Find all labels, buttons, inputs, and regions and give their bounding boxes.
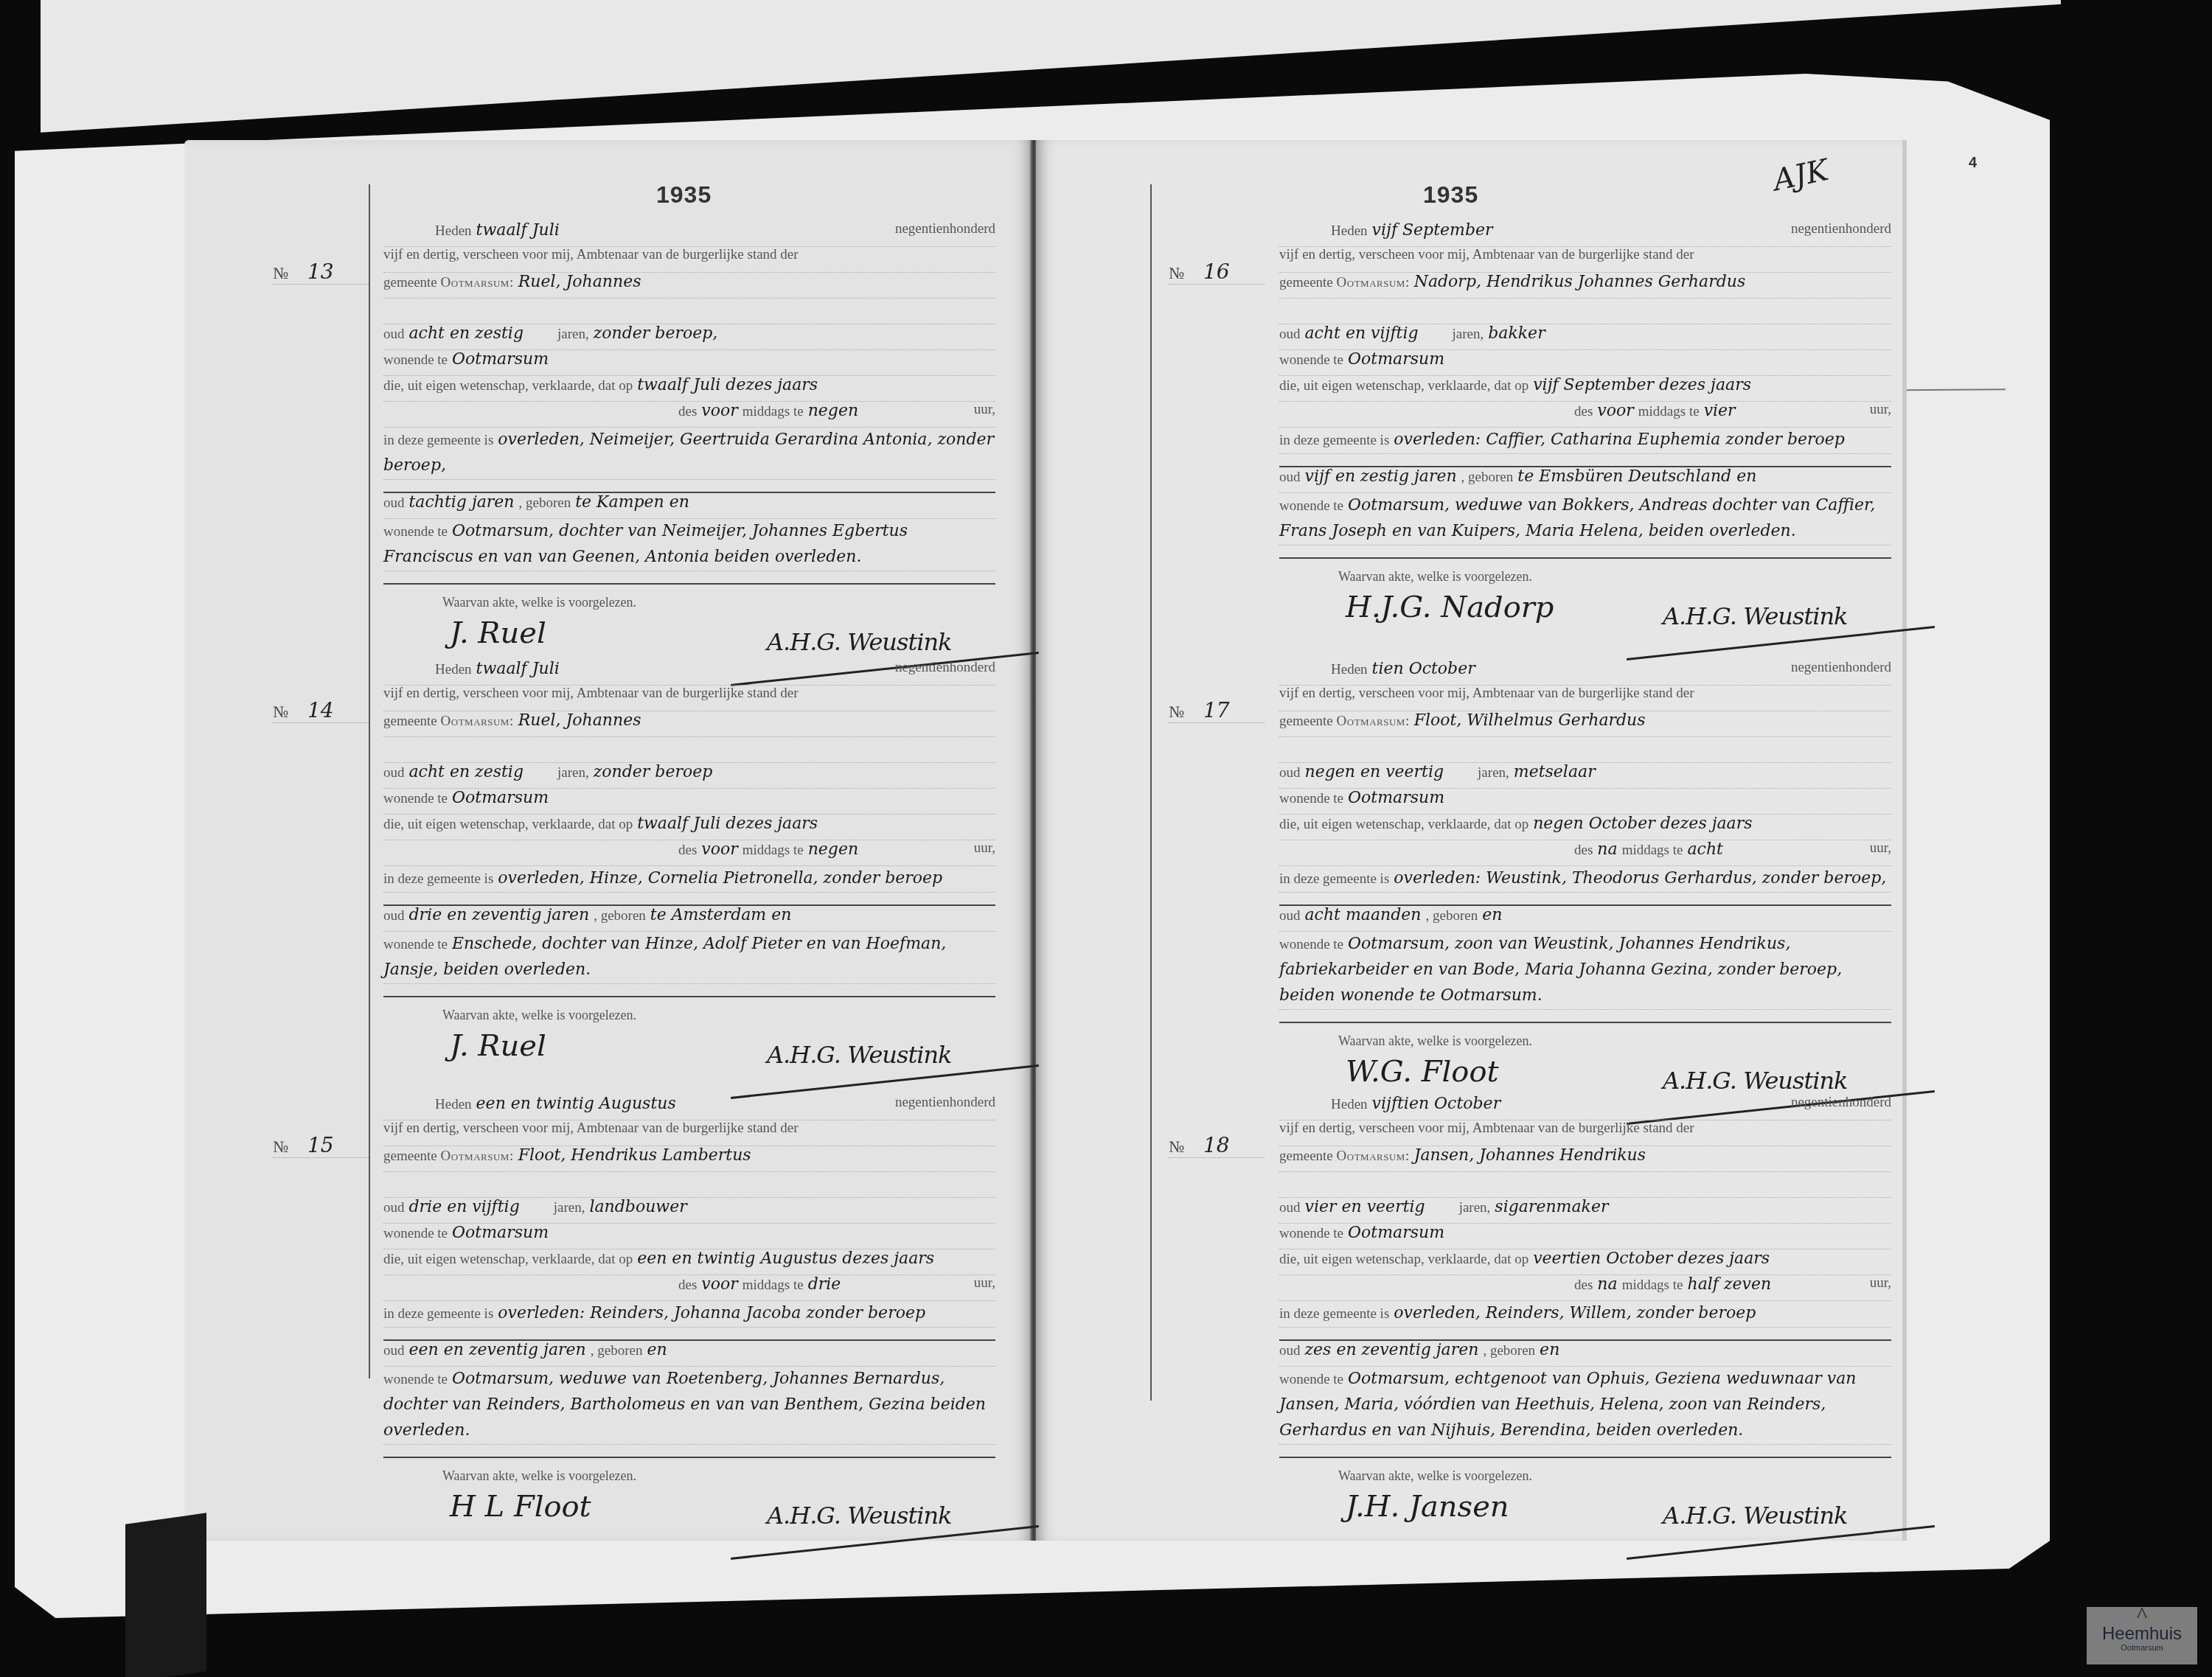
watermark-name: Heemhuis: [2087, 1625, 2197, 1644]
form-label: jaren,: [557, 327, 589, 342]
entry-declarant: Floot, Wilhelmus Gerhardus: [1414, 711, 1646, 730]
form-label: in deze gemeente is: [1279, 433, 1389, 448]
form-label: middags te: [742, 1277, 804, 1293]
form-label: uur,: [974, 840, 995, 857]
entry-declarant-occupation: metselaar: [1514, 763, 1596, 781]
form-label: oud: [383, 1343, 405, 1359]
form-label: uur,: [1870, 402, 1891, 418]
form-rule: [1279, 557, 1891, 559]
form-line: oudtachtig jaren, geborente Kampen en: [383, 493, 995, 519]
form-line: desnamiddags tehalf zevenuur,: [1279, 1275, 1891, 1301]
form-line: ouddrie en zeventig jaren, geborente Ams…: [383, 906, 995, 932]
form-label: wonende te: [383, 1372, 448, 1387]
entry-declarant-residence: Ootmarsum: [1348, 1224, 1444, 1242]
entry-number: 18: [1203, 1133, 1230, 1157]
form-label: wonende te: [383, 791, 448, 806]
entry-ampm: voor: [1597, 402, 1633, 420]
entry-death-date: twaalf Juli dezes jaars: [637, 815, 818, 833]
form-label: uur,: [1870, 1275, 1891, 1291]
entry-ampm: voor: [701, 840, 737, 859]
form-line: in deze gemeente isoverleden: Weustink, …: [1279, 866, 1891, 893]
death-record-entry: №16 Hedenvijf Septembernegentienhonderd …: [1279, 221, 1891, 651]
form-label: die, uit eigen wetenschap, verklaarde, d…: [1279, 817, 1528, 832]
form-label: Waarvan akte, welke is voorgelezen.: [442, 1468, 995, 1484]
form-line: oudacht en zestigjaren,zonder beroep: [383, 763, 995, 789]
witness-signature: W.G. Floot: [1346, 1055, 1499, 1089]
entry-date: tien October: [1372, 660, 1475, 678]
form-label: oud: [1279, 1343, 1301, 1359]
entry-details: Enschede, dochter van Hinze, Adolf Piete…: [383, 935, 946, 979]
form-label: middags te: [1622, 1277, 1683, 1293]
form-label: negentienhonderd: [895, 660, 995, 676]
entry-declarant-occupation: sigarenmaker: [1495, 1198, 1608, 1216]
form-label: , geboren: [519, 495, 571, 511]
form-rule: [1279, 1457, 1891, 1458]
form-label: oud: [383, 495, 405, 511]
form-label: middags te: [1622, 843, 1683, 858]
entry-declarant: Ruel, Johannes: [518, 711, 641, 730]
entry-deceased: overleden: Caffier, Catharina Euphemia z…: [1394, 430, 1845, 449]
form-label: Heden: [435, 223, 472, 239]
form-line: in deze gemeente isoverleden, Neimeijer,…: [383, 428, 995, 480]
entry-number: №16: [1169, 259, 1265, 285]
form-label: jaren,: [554, 1200, 585, 1216]
form-line: Hedentien Octobernegentienhonderd: [1279, 660, 1891, 686]
form-label: Ootmarsum:: [1337, 714, 1410, 729]
entry-number: №13: [273, 259, 369, 285]
form-label: gemeente: [383, 275, 437, 290]
form-line: oudacht en vijftigjaren,bakker: [1279, 324, 1891, 350]
form-label: die, uit eigen wetenschap, verklaarde, d…: [1279, 1252, 1528, 1267]
form-line: die, uit eigen wetenschap, verklaarde, d…: [383, 1249, 995, 1275]
entry-declarant: Ruel, Johannes: [518, 273, 641, 291]
entry-number: 17: [1203, 698, 1230, 722]
form-label: vijf en dertig, verscheen voor mij, Ambt…: [383, 247, 799, 262]
form-label: des: [678, 404, 697, 419]
entry-date: twaalf Juli: [476, 221, 560, 240]
form-rule: [1279, 1022, 1891, 1023]
entry-date: twaalf Juli: [476, 660, 560, 678]
entry-death-date: vijf September dezes jaars: [1533, 376, 1751, 394]
form-line: Hedenvijf Septembernegentienhonderd: [1279, 221, 1891, 247]
form-label: middags te: [742, 404, 804, 419]
entry-details: Ootmarsum, weduwe van Bokkers, Andreas d…: [1279, 496, 1875, 540]
form-line: wonende teOotmarsum: [1279, 1224, 1891, 1249]
form-line: vijf en dertig, verscheen voor mij, Ambt…: [1279, 686, 1891, 711]
entry-deceased: overleden: Weustink, Theodorus Gerhardus…: [1394, 869, 1886, 888]
margin-line: [369, 184, 370, 1378]
form-label: middags te: [742, 843, 804, 858]
form-line: wonende teOotmarsum, weduwe van Roetenbe…: [383, 1367, 995, 1445]
entry-birth-residence: en: [647, 1341, 667, 1359]
form-label: jaren,: [1459, 1200, 1491, 1216]
entry-deceased: overleden: Reinders, Johanna Jacoba zond…: [498, 1304, 925, 1322]
form-line: oudnegen en veertigjaren,metselaar: [1279, 763, 1891, 789]
form-label: , geboren: [591, 1343, 643, 1359]
form-label: Ootmarsum:: [1337, 1148, 1410, 1164]
form-line: gemeente Ootmarsum:Ruel, Johannes: [383, 711, 995, 737]
form-label: die, uit eigen wetenschap, verklaarde, d…: [383, 1252, 633, 1267]
entry-birth-residence: en: [1482, 906, 1502, 924]
form-line: in deze gemeente isoverleden, Hinze, Cor…: [383, 866, 995, 893]
form-line: vijf en dertig, verscheen voor mij, Ambt…: [1279, 247, 1891, 273]
form-line: ouddrie en vijftigjaren,landbouwer: [383, 1198, 995, 1224]
entry-declarant-age: negen en veertig: [1305, 763, 1444, 781]
form-label: des: [1574, 843, 1593, 858]
form-label: wonende te: [1279, 1226, 1343, 1241]
form-line: desvoormiddags tedrieuur,: [383, 1275, 995, 1301]
official-signature: A.H.G. Weustink: [1663, 602, 1847, 630]
form-label: vijf en dertig, verscheen voor mij, Ambt…: [1279, 247, 1694, 262]
entry-declarant: Floot, Hendrikus Lambertus: [518, 1146, 751, 1165]
form-label: vijf en dertig, verscheen voor mij, Ambt…: [1279, 1120, 1694, 1136]
entry-birth-residence: en: [1540, 1341, 1559, 1359]
form-label: Waarvan akte, welke is voorgelezen.: [1338, 569, 1891, 585]
form-line: vijf en dertig, verscheen voor mij, Ambt…: [383, 247, 995, 273]
official-signature: A.H.G. Weustink: [767, 1502, 951, 1530]
form-label: Ootmarsum:: [441, 275, 514, 290]
death-record-entry: №15 Hedeneen en twintig Augustusnegentie…: [383, 1095, 995, 1550]
entry-deceased-age: zes en zeventig jaren: [1305, 1341, 1479, 1359]
watermark-subtitle: Ootmarsum: [2087, 1644, 2197, 1653]
entry-details: Ootmarsum, dochter van Neimeijer, Johann…: [383, 522, 908, 566]
entry-hour: drie: [808, 1275, 841, 1294]
page-year: 1935: [656, 181, 712, 209]
entry-details: Ootmarsum, weduwe van Roetenberg, Johann…: [383, 1370, 986, 1440]
form-label: oud: [1279, 470, 1301, 485]
form-label: №: [1169, 264, 1184, 282]
entry-declarant-age: acht en zestig: [409, 763, 524, 781]
form-label: in deze gemeente is: [1279, 871, 1389, 887]
form-label: middags te: [1638, 404, 1700, 419]
entry-number: №17: [1169, 698, 1265, 723]
form-label: oud: [383, 908, 405, 924]
official-signature: A.H.G. Weustink: [767, 1041, 951, 1069]
entry-ampm: na: [1597, 1275, 1617, 1294]
entry-declarant-occupation: bakker: [1488, 324, 1545, 343]
entry-hour: vier: [1704, 402, 1736, 420]
entry-birth-residence: te Amsterdam en: [650, 906, 792, 924]
entry-ampm: voor: [701, 1275, 737, 1294]
form-label: oud: [1279, 908, 1301, 924]
form-line: Hedenvijftien Octobernegentienhonderd: [1279, 1095, 1891, 1120]
entry-hour: negen: [808, 402, 858, 420]
form-label: vijf en dertig, verscheen voor mij, Ambt…: [383, 1120, 799, 1136]
form-label: jaren,: [557, 765, 589, 781]
entry-number: 15: [307, 1133, 334, 1157]
form-line: vijf en dertig, verscheen voor mij, Ambt…: [383, 686, 995, 711]
form-line: gemeente Ootmarsum:Jansen, Johannes Hend…: [1279, 1146, 1891, 1172]
official-signature: A.H.G. Weustink: [1663, 1067, 1847, 1095]
heemhuis-watermark: ^ Heemhuis Ootmarsum: [2087, 1607, 2197, 1664]
witness-signature: H L Floot: [450, 1490, 591, 1524]
page-number: 4: [1969, 155, 1977, 172]
form-label: Waarvan akte, welke is voorgelezen.: [1338, 1468, 1891, 1484]
entry-declarant-occupation: landbouwer: [589, 1198, 686, 1216]
form-label: Heden: [435, 1097, 472, 1112]
entry-hour: negen: [808, 840, 858, 859]
entry-deceased-age: drie en zeventig jaren: [409, 906, 590, 924]
page-year: 1935: [1423, 181, 1478, 209]
entry-number: 13: [307, 259, 334, 284]
form-label: gemeente: [383, 1148, 437, 1164]
form-label: jaren,: [1478, 765, 1509, 781]
form-label: gemeente: [1279, 1148, 1333, 1164]
form-line: wonende teOotmarsum, zoon van Weustink, …: [1279, 932, 1891, 1010]
form-label: wonende te: [1279, 1372, 1343, 1387]
form-label: uur,: [1870, 840, 1891, 857]
entry-details: Ootmarsum, echtgenoot van Ophuis, Gezien…: [1279, 1370, 1857, 1440]
form-line: wonende teOotmarsum: [383, 1224, 995, 1249]
form-label: in deze gemeente is: [383, 1306, 493, 1322]
form-label: die, uit eigen wetenschap, verklaarde, d…: [383, 817, 633, 832]
form-line: die, uit eigen wetenschap, verklaarde, d…: [383, 376, 995, 402]
form-label: wonende te: [383, 352, 448, 368]
witness-signature: J. Ruel: [450, 616, 546, 650]
entry-declarant-residence: Ootmarsum: [452, 789, 549, 807]
form-label: Waarvan akte, welke is voorgelezen.: [1338, 1033, 1891, 1049]
entry-declarant-residence: Ootmarsum: [452, 350, 549, 369]
form-label: Waarvan akte, welke is voorgelezen.: [442, 1008, 995, 1023]
entry-ampm: na: [1597, 840, 1617, 859]
form-line: desvoormiddags tevieruur,: [1279, 402, 1891, 428]
form-rule: [383, 583, 995, 585]
death-record-entry: №18 Hedenvijftien Octobernegentienhonder…: [1279, 1095, 1891, 1550]
entry-number: №15: [273, 1133, 369, 1158]
form-line: wonende teEnschede, dochter van Hinze, A…: [383, 932, 995, 984]
form-line: die, uit eigen wetenschap, verklaarde, d…: [1279, 815, 1891, 840]
form-label: №: [1169, 702, 1184, 721]
death-record-entry: №13 Hedentwaalf Julinegentienhonderd vij…: [383, 221, 995, 677]
form-label: , geboren: [1461, 470, 1514, 485]
entry-declarant-age: vier en veertig: [1305, 1198, 1425, 1216]
death-record-entry: №14 Hedentwaalf Julinegentienhonderd vij…: [383, 660, 995, 1089]
form-label: wonende te: [383, 1226, 448, 1241]
form-line: Hedentwaalf Julinegentienhonderd: [383, 221, 995, 247]
official-signature: A.H.G. Weustink: [1663, 1502, 1847, 1530]
form-line: die, uit eigen wetenschap, verklaarde, d…: [383, 815, 995, 840]
form-line: in deze gemeente isoverleden: Caffier, C…: [1279, 428, 1891, 454]
form-line: oudeen en zeventig jaren, geborenen: [383, 1341, 995, 1367]
entry-deceased-age: vijf en zestig jaren: [1305, 467, 1457, 486]
form-line: wonende teOotmarsum: [1279, 350, 1891, 376]
form-line: [1279, 1172, 1891, 1198]
entry-birth-residence: te Kampen en: [575, 493, 689, 512]
form-label: oud: [1279, 1200, 1301, 1216]
form-line: Hedeneen en twintig Augustusnegentienhon…: [383, 1095, 995, 1120]
form-label: , geboren: [594, 908, 646, 924]
form-line: vijf en dertig, verscheen voor mij, Ambt…: [1279, 1120, 1891, 1146]
form-line: gemeente Ootmarsum:Nadorp, Hendrikus Joh…: [1279, 273, 1891, 299]
entry-ampm: voor: [701, 402, 737, 420]
form-label: oud: [383, 765, 405, 781]
entry-death-date: veertien October dezes jaars: [1533, 1249, 1770, 1268]
form-line: wonende teOotmarsum, dochter van Neimeij…: [383, 519, 995, 571]
witness-signature: H.J.G. Nadorp: [1346, 590, 1554, 624]
form-label: vijf en dertig, verscheen voor mij, Ambt…: [1279, 686, 1694, 701]
form-label: wonende te: [1279, 498, 1343, 514]
form-line: wonende teOotmarsum: [1279, 789, 1891, 815]
margin-line: [1150, 184, 1152, 1401]
form-label: gemeente: [1279, 714, 1333, 729]
entry-declarant-residence: Ootmarsum: [452, 1224, 549, 1242]
page-initials: AJK: [1770, 153, 1832, 198]
form-label: , geboren: [1483, 1343, 1535, 1359]
form-line: wonende teOotmarsum: [383, 350, 995, 376]
form-label: wonende te: [1279, 937, 1343, 952]
form-label: des: [1574, 1277, 1593, 1293]
form-label: №: [273, 702, 288, 721]
form-label: oud: [383, 327, 405, 342]
form-line: gemeente Ootmarsum:Ruel, Johannes: [383, 273, 995, 299]
entry-deceased: overleden, Hinze, Cornelia Pietronella, …: [498, 869, 942, 888]
entry-declarant-age: acht en zestig: [409, 324, 524, 343]
entry-number: №18: [1169, 1133, 1265, 1158]
form-label: negentienhonderd: [1791, 660, 1891, 676]
form-line: die, uit eigen wetenschap, verklaarde, d…: [1279, 376, 1891, 402]
entry-deceased-age: een en zeventig jaren: [409, 1341, 586, 1359]
form-line: oudacht en zestigjaren,zonder beroep,: [383, 324, 995, 350]
form-label: wonende te: [383, 937, 448, 952]
form-label: oud: [1279, 765, 1301, 781]
entry-declarant-occupation: zonder beroep: [594, 763, 713, 781]
entry-deceased-age: tachtig jaren: [409, 493, 515, 512]
witness-signature: J.H. Jansen: [1346, 1490, 1509, 1524]
form-label: des: [678, 1277, 697, 1293]
entry-number: №14: [273, 698, 369, 723]
entry-hour: half zeven: [1687, 1275, 1771, 1294]
entry-death-date: een en twintig Augustus dezes jaars: [637, 1249, 934, 1268]
form-label: wonende te: [1279, 352, 1343, 368]
entry-number: 16: [1203, 259, 1230, 284]
form-rule: [383, 996, 995, 997]
form-line: desnamiddags teachtuur,: [1279, 840, 1891, 866]
form-label: jaren,: [1453, 327, 1484, 342]
entry-deceased-age: acht maanden: [1305, 906, 1422, 924]
form-line: in deze gemeente isoverleden, Reinders, …: [1279, 1301, 1891, 1328]
form-label: negentienhonderd: [895, 221, 995, 237]
form-line: desvoormiddags tenegenuur,: [383, 840, 995, 866]
form-label: in deze gemeente is: [383, 433, 493, 448]
entry-deceased: overleden, Reinders, Willem, zonder bero…: [1394, 1304, 1756, 1322]
entry-date: vijftien October: [1372, 1095, 1501, 1113]
form-label: in deze gemeente is: [383, 871, 493, 887]
form-label: in deze gemeente is: [1279, 1306, 1389, 1322]
form-label: negentienhonderd: [1791, 221, 1891, 237]
form-line: oudzes en zeventig jaren, geborenen: [1279, 1341, 1891, 1367]
form-label: №: [1169, 1137, 1184, 1156]
entry-declarant-age: drie en vijftig: [409, 1198, 520, 1216]
form-label: gemeente: [1279, 275, 1333, 290]
form-line: [1279, 299, 1891, 324]
form-label: , geboren: [1425, 908, 1478, 924]
form-line: oudvijf en zestig jaren, geborente Emsbü…: [1279, 467, 1891, 493]
death-record-entry: №17 Hedentien Octobernegentienhonderd vi…: [1279, 660, 1891, 1115]
form-label: oud: [1279, 327, 1301, 342]
form-label: uur,: [974, 1275, 995, 1291]
form-line: [383, 299, 995, 324]
form-line: die, uit eigen wetenschap, verklaarde, d…: [1279, 1249, 1891, 1275]
entry-details: Ootmarsum, zoon van Weustink, Johannes H…: [1279, 935, 1842, 1005]
form-line: [383, 737, 995, 763]
form-line: wonende teOotmarsum, weduwe van Bokkers,…: [1279, 493, 1891, 545]
entry-declarant-age: acht en vijftig: [1305, 324, 1419, 343]
form-line: oudacht maanden, geborenen: [1279, 906, 1891, 932]
entry-death-date: twaalf Juli dezes jaars: [637, 376, 818, 394]
entry-declarant: Nadorp, Hendrikus Johannes Gerhardus: [1414, 273, 1746, 291]
witness-signature: J. Ruel: [450, 1029, 546, 1063]
form-label: Heden: [1331, 1097, 1368, 1112]
form-label: des: [678, 843, 697, 858]
form-label: №: [273, 264, 288, 282]
form-label: vijf en dertig, verscheen voor mij, Ambt…: [383, 686, 799, 701]
entry-declarant-residence: Ootmarsum: [1348, 789, 1444, 807]
form-line: Hedentwaalf Julinegentienhonderd: [383, 660, 995, 686]
form-label: gemeente: [383, 714, 437, 729]
official-signature: A.H.G. Weustink: [767, 628, 951, 656]
form-label: Ootmarsum:: [1337, 275, 1410, 290]
entry-death-date: negen October dezes jaars: [1533, 815, 1752, 833]
form-line: wonende teOotmarsum: [383, 789, 995, 815]
form-label: Heden: [435, 662, 472, 677]
form-label: negentienhonderd: [1791, 1095, 1891, 1111]
form-line: in deze gemeente isoverleden: Reinders, …: [383, 1301, 995, 1328]
form-rule: [383, 1457, 995, 1458]
entry-declarant: Jansen, Johannes Hendrikus: [1414, 1146, 1646, 1165]
entry-date: een en twintig Augustus: [476, 1095, 676, 1113]
form-label: uur,: [974, 402, 995, 418]
roof-icon: ^: [2087, 1607, 2197, 1625]
form-label: Waarvan akte, welke is voorgelezen.: [442, 595, 995, 610]
form-label: Heden: [1331, 662, 1368, 677]
form-label: wonende te: [383, 524, 448, 540]
entry-date: vijf September: [1372, 221, 1493, 240]
form-label: oud: [383, 1200, 405, 1216]
form-line: [383, 1172, 995, 1198]
form-line: desvoormiddags tenegenuur,: [383, 402, 995, 428]
entry-hour: acht: [1687, 840, 1722, 859]
form-label: Ootmarsum:: [441, 714, 514, 729]
form-line: wonende teOotmarsum, echtgenoot van Ophu…: [1279, 1367, 1891, 1445]
form-line: [1279, 737, 1891, 763]
form-label: Heden: [1331, 223, 1368, 239]
form-label: die, uit eigen wetenschap, verklaarde, d…: [383, 378, 633, 394]
entry-declarant-occupation: zonder beroep,: [594, 324, 718, 343]
form-line: gemeente Ootmarsum:Floot, Hendrikus Lamb…: [383, 1146, 995, 1172]
form-line: gemeente Ootmarsum:Floot, Wilhelmus Gerh…: [1279, 711, 1891, 737]
form-label: Ootmarsum:: [441, 1148, 514, 1164]
form-label: negentienhonderd: [895, 1095, 995, 1111]
form-line: oudvier en veertigjaren,sigarenmaker: [1279, 1198, 1891, 1224]
entry-birth-residence: te Emsbüren Deutschland en: [1517, 467, 1756, 486]
form-line: vijf en dertig, verscheen voor mij, Ambt…: [383, 1120, 995, 1146]
form-label: wonende te: [1279, 791, 1343, 806]
form-label: №: [273, 1137, 288, 1156]
form-label: des: [1574, 404, 1593, 419]
entry-declarant-residence: Ootmarsum: [1348, 350, 1444, 369]
form-label: die, uit eigen wetenschap, verklaarde, d…: [1279, 378, 1528, 394]
entry-number: 14: [307, 698, 334, 722]
book-clamp: [125, 1513, 206, 1677]
